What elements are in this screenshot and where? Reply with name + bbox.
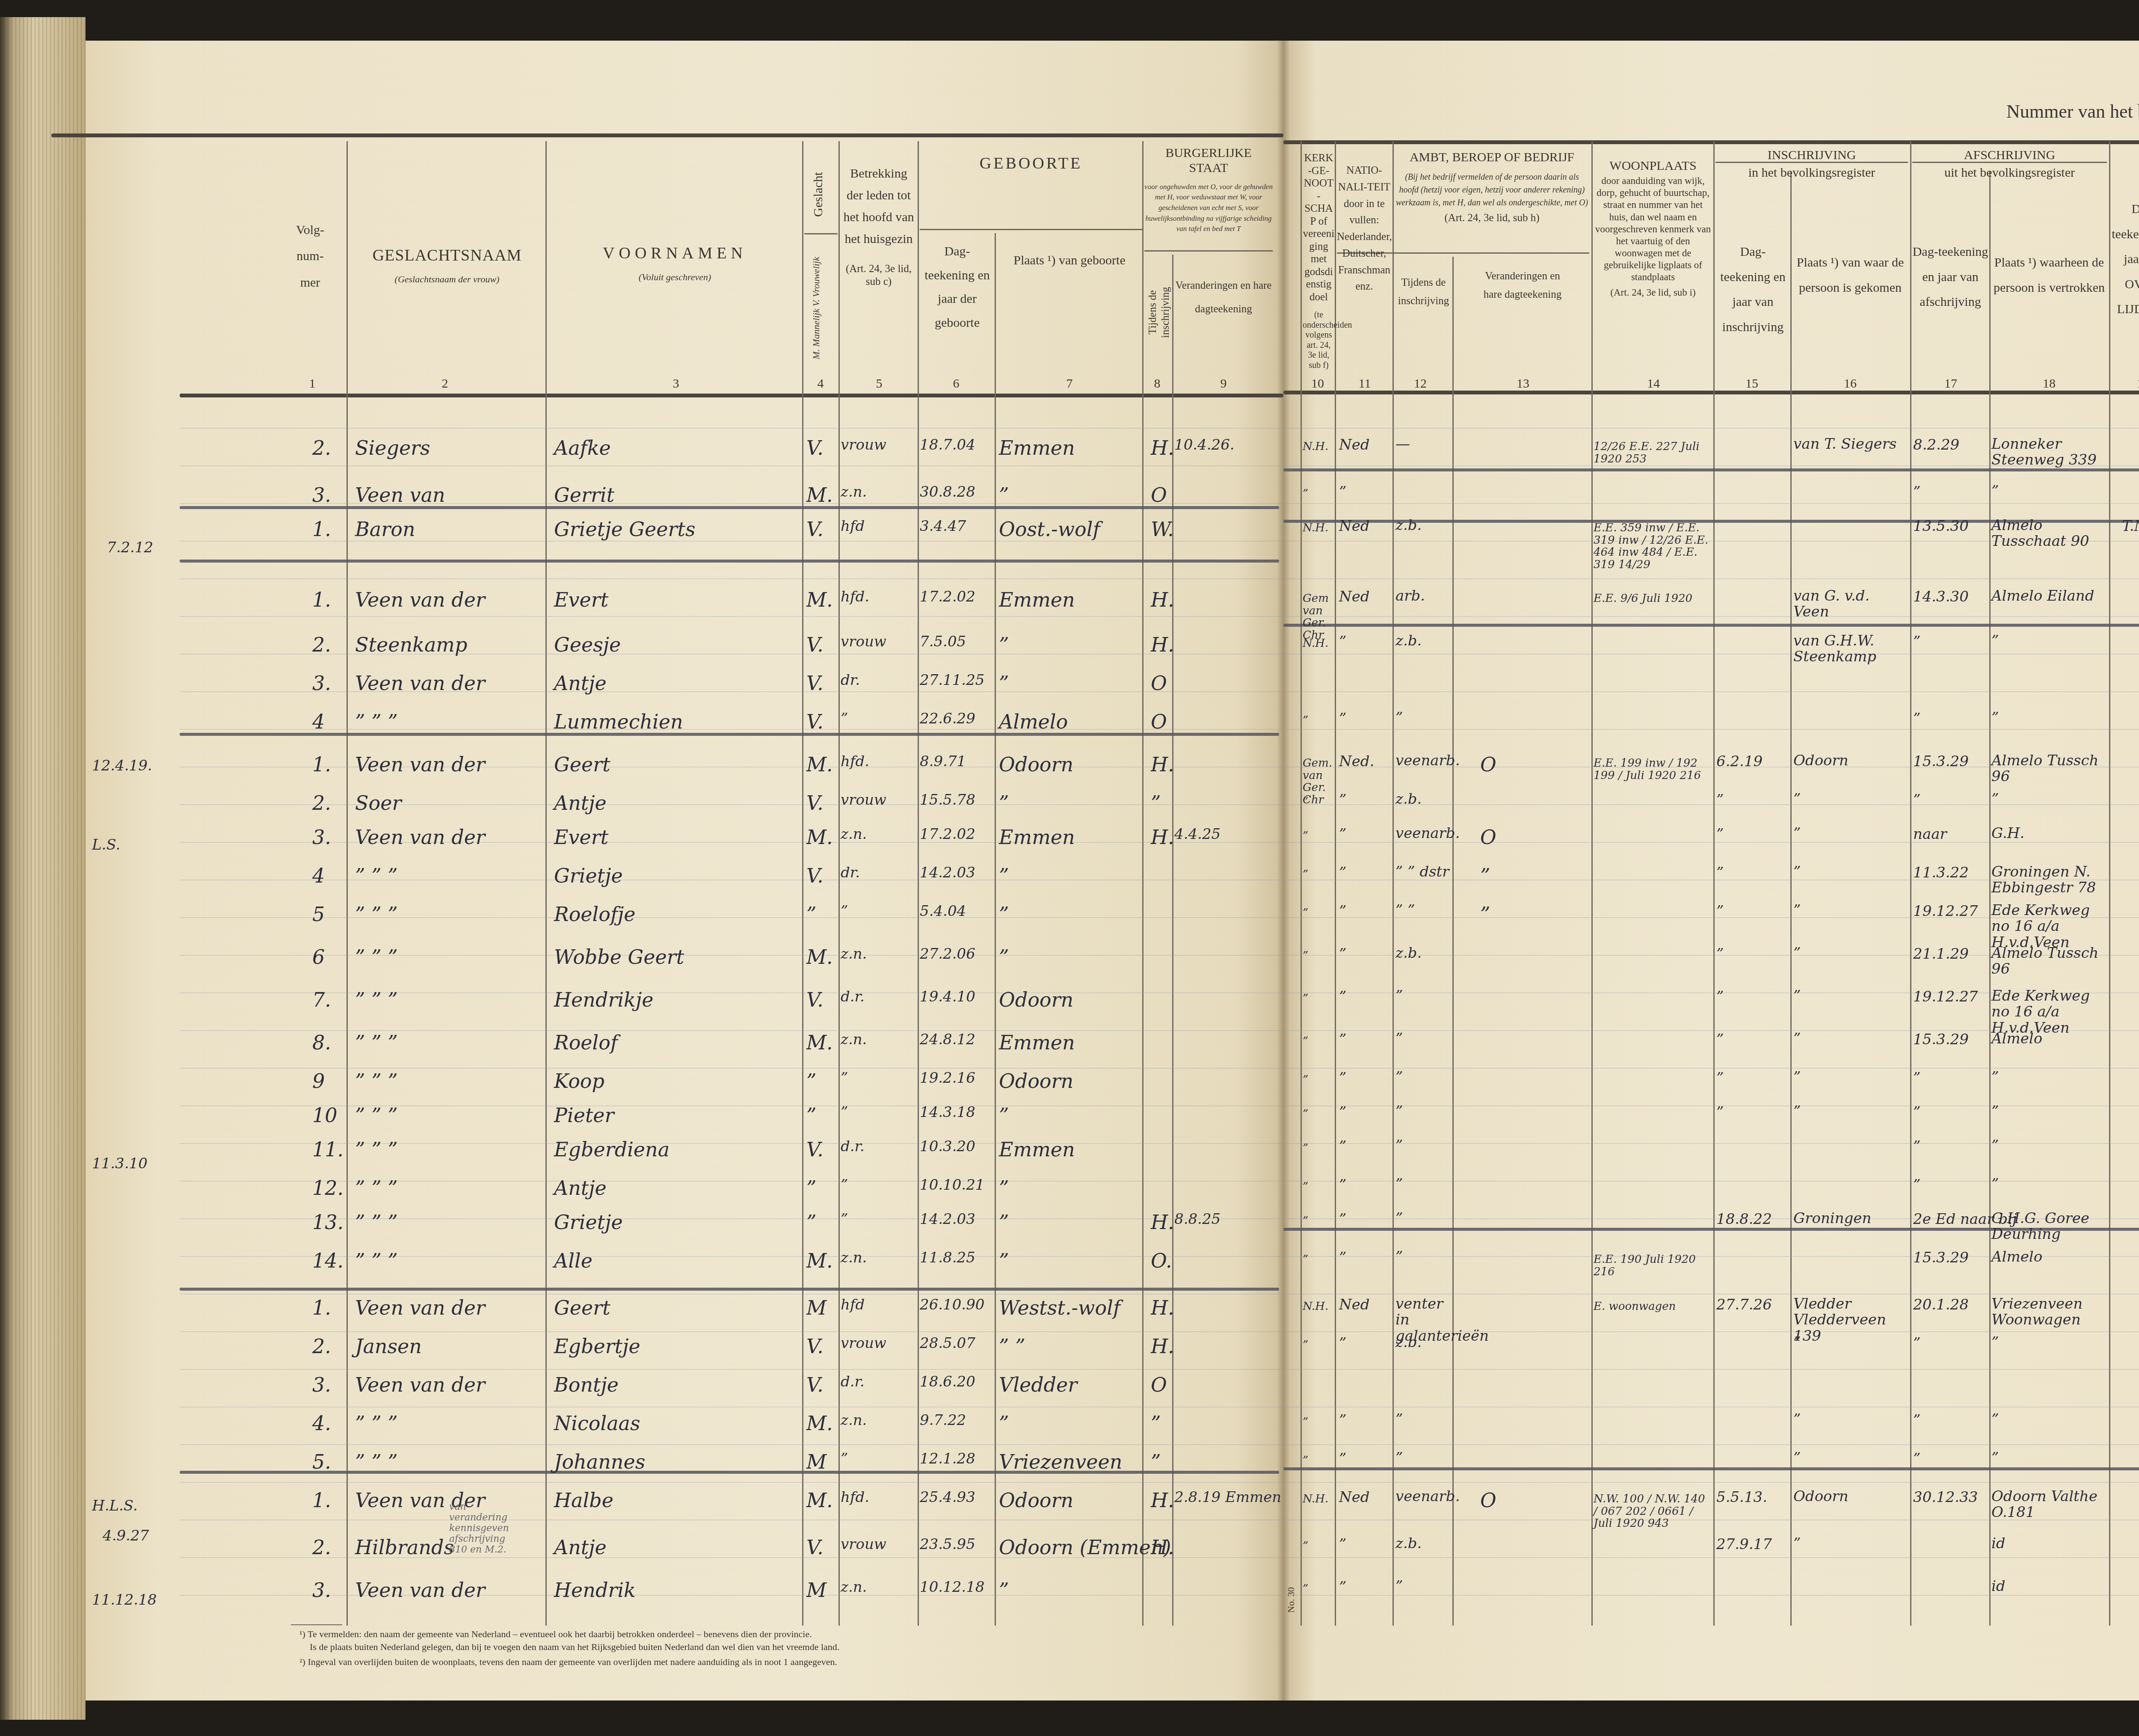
- cell-row-number: 2.: [312, 436, 331, 459]
- cell-civil-status: H.: [1151, 1296, 1174, 1319]
- cell-nationality: Ned: [1339, 1296, 1370, 1313]
- cell-deregistration-to: ”: [1991, 483, 2107, 499]
- cell-occupation-change: O: [1480, 1489, 1496, 1512]
- header-text: Dag-teekening en jaar der geboorte: [920, 240, 995, 335]
- cell-registration-date: 5.5.13.: [1716, 1489, 1767, 1506]
- cell-relation: z.n.: [841, 1249, 867, 1266]
- cell-birth-date: 23.5.95: [920, 1536, 975, 1553]
- cell-nationality: ”: [1339, 1335, 1346, 1352]
- header-col-geslacht-mv: M. Mannelijk V. Vrouwelijk: [811, 257, 822, 359]
- cell-nationality: ”: [1339, 1536, 1346, 1553]
- cell-occupation: arb.: [1395, 588, 1451, 604]
- cell-birth-place: ”: [999, 1176, 1009, 1200]
- cell-birth-date: 18.7.04: [920, 436, 975, 453]
- cell-address: N.W. 100 / N.W. 140 / 067 202 / 0661 / J…: [1594, 1493, 1709, 1530]
- cell-occupation: ”: [1395, 1412, 1451, 1428]
- cell-relation: vrouw: [841, 1335, 886, 1352]
- header-text: Tijdens de inschrijving: [1395, 274, 1452, 310]
- cell-registration-from: ”: [1793, 1031, 1909, 1047]
- cell-birth-date: 18.6.20: [920, 1373, 975, 1390]
- col-line: [545, 141, 547, 1626]
- cell-deregistration-date: 21.1.29: [1913, 945, 1969, 963]
- cell-relation: hfd: [841, 518, 865, 535]
- cell-church: ”: [1303, 1455, 1335, 1467]
- header-sub: (Geslachtsnaam der vrouw): [349, 274, 545, 285]
- cell-nationality: ”: [1339, 1138, 1346, 1155]
- col-line: [347, 141, 348, 1626]
- header-col-geboorte-plaats: Plaats ¹) van geboorte: [997, 248, 1142, 273]
- header-bottom-rule-right: [1283, 391, 2139, 394]
- margin-note: 7.2.12: [107, 539, 153, 556]
- faint-rule: [180, 1294, 2139, 1295]
- cell-surname: Veen van der: [355, 588, 485, 611]
- cell-sex: ”: [806, 1211, 817, 1234]
- cell-relation: z.n.: [841, 1412, 867, 1429]
- cell-registration-from: ”: [1793, 1450, 1909, 1466]
- cell-deregistration-date: 15.3.29: [1913, 753, 1969, 770]
- header-text: door aanduiding van wijk, dorp, gehucht …: [1594, 175, 1712, 283]
- cell-deregistration-to: Almelo Eiland: [1991, 588, 2107, 604]
- cell-relation: hfd.: [841, 753, 869, 770]
- header-title: AMBT, BEROEP OF BEDRIJF: [1395, 150, 1589, 165]
- col-line: [1172, 255, 1173, 1626]
- cell-deregistration-to: id: [1991, 1536, 2107, 1552]
- header-text: Plaats ¹) van waar de persoon is gekomen: [1792, 250, 1908, 300]
- cell-registration-from: ”: [1793, 1104, 1909, 1120]
- cell-surname: Veen van der: [355, 826, 485, 849]
- cell-civil-status: ”: [1151, 1450, 1161, 1473]
- cell-row-number: 13.: [312, 1211, 344, 1234]
- cell-deregistration-date: 13.5.30: [1913, 518, 1969, 535]
- column-number: 16: [1842, 376, 1859, 391]
- cell-church: ”: [1303, 1215, 1335, 1227]
- geboorte-sub-rule: [920, 229, 1142, 230]
- cell-deregistration-date: 14.3.30: [1913, 588, 1969, 605]
- cell-occupation-change: ”: [1480, 864, 1490, 887]
- cell-sex: V.: [806, 710, 824, 733]
- cell-occupation: ”: [1395, 1104, 1451, 1120]
- cell-surname: Baron: [355, 518, 415, 541]
- cell-church: ”: [1303, 714, 1335, 727]
- cell-first-names: Grietje Geerts: [554, 518, 696, 541]
- cell-relation: vrouw: [841, 436, 886, 453]
- cell-address: 12/26 E.E. 227 Juli 1920 253: [1594, 441, 1709, 465]
- cell-occupation: ”: [1395, 1450, 1451, 1466]
- col-line: [1392, 141, 1394, 1626]
- cell-deregistration-to: id: [1991, 1579, 2107, 1594]
- cell-registration-from: ”: [1793, 988, 1909, 1004]
- cell-relation: ”: [841, 1176, 848, 1194]
- cell-first-names: Antje: [554, 672, 607, 695]
- cell-civil-status: O: [1151, 672, 1167, 695]
- header-title: BURGERLIJKE STAAT: [1144, 145, 1273, 176]
- family-separator: [1283, 1467, 2139, 1470]
- cell-birth-place: Emmen: [999, 436, 1075, 459]
- cell-deregistration-date: ”: [1913, 483, 1920, 501]
- column-number: 4: [812, 376, 829, 391]
- cell-first-names: Geert: [554, 1296, 610, 1319]
- cell-church: N.H.: [1303, 441, 1335, 453]
- cell-sex: V.: [806, 1373, 824, 1396]
- header-inschrijving: INSCHRIJVING in het bevolkingsregister: [1715, 148, 1908, 181]
- cell-relation: ”: [841, 1104, 848, 1121]
- cell-occupation: ”: [1395, 1579, 1451, 1594]
- header-col-ambt-veranderingen: Veranderingen en hare dagteekening: [1455, 267, 1591, 304]
- col-line: [802, 141, 803, 1626]
- header-col-veranderingen: Veranderingen en hare dagteekening: [1174, 274, 1273, 321]
- cell-birth-date: 14.2.03: [920, 864, 975, 881]
- cell-registration-from: ”: [1793, 1412, 1909, 1428]
- cell-deregistration-date: ”: [1913, 1104, 1920, 1121]
- cell-relation: d.r.: [841, 1373, 865, 1390]
- cell-deregistration-date: ”: [1913, 791, 1920, 809]
- cell-deregistration-date: 19.12.27: [1913, 988, 1978, 1005]
- cell-first-names: Aafke: [554, 436, 611, 459]
- cell-relation: z.n.: [841, 945, 867, 963]
- cell-civil-status: ”: [1151, 791, 1161, 815]
- faint-rule: [180, 578, 2139, 579]
- cell-registration-from: Odoorn: [1793, 1489, 1909, 1505]
- cell-registration-from: ”: [1793, 864, 1909, 880]
- header-title: GESLACHTSNAAM: [349, 246, 545, 265]
- col-line: [1301, 141, 1302, 1626]
- column-number: 7: [1061, 376, 1078, 391]
- cell-civil-status: ”: [1151, 1412, 1161, 1435]
- cell-first-names: Lummechien: [554, 710, 683, 733]
- cell-row-number: 6: [312, 945, 325, 969]
- cell-deregistration-date: 15.3.29: [1913, 1031, 1969, 1048]
- cell-nationality: ”: [1339, 988, 1346, 1005]
- cell-sex: ”: [806, 1104, 817, 1127]
- cell-registration-date: ”: [1716, 1069, 1724, 1087]
- cell-birth-date: 28.5.07: [920, 1335, 975, 1352]
- cell-relation: ”: [841, 1211, 848, 1228]
- cell-birth-date: 7.5.05: [920, 633, 966, 650]
- cell-deregistration-to: Lonneker Steenweg 339: [1991, 436, 2107, 468]
- cell-birth-date: 30.8.28: [920, 483, 975, 501]
- cell-nationality: ”: [1339, 1579, 1346, 1596]
- header-col-woonplaats: WOONPLAATS door aanduiding van wijk, dor…: [1594, 158, 1712, 298]
- margin-note: 11.3.10: [92, 1155, 148, 1172]
- cell-occupation: ”: [1395, 1249, 1451, 1265]
- cell-surname: ” ” ”: [355, 1138, 398, 1161]
- cell-relation: ”: [841, 903, 848, 920]
- cell-occupation: ”: [1395, 710, 1451, 726]
- cell-birth-place: Odoorn: [999, 1069, 1073, 1093]
- cell-row-number: 2.: [312, 1335, 331, 1358]
- header-title: Geslacht: [811, 172, 825, 217]
- footnote-2: ²) Ingeval van overlijden buiten de woon…: [299, 1656, 1112, 1668]
- cell-first-names: Roelofje: [554, 903, 635, 926]
- column-number: 19: [2135, 376, 2139, 391]
- cell-deregistration-date: 20.1.28: [1913, 1296, 1969, 1313]
- cell-first-names: Grietje: [554, 1211, 623, 1234]
- footnote-rule: [291, 1624, 342, 1625]
- cell-church: ”: [1303, 830, 1335, 842]
- header-top-rule-right: [1283, 140, 2139, 144]
- header-burgerlijke-staat: BURGERLIJKE STAAT voor ongehuwden met O,…: [1144, 145, 1273, 234]
- sheet-number-label: Nummer van het blad: [2006, 101, 2139, 122]
- cell-first-names: Halbe: [554, 1489, 613, 1512]
- cell-birth-date: 15.5.78: [920, 791, 975, 809]
- margin-note: van verandering kennisgeven afschrijving…: [449, 1502, 526, 1555]
- cell-birth-date: 5.4.04: [920, 903, 966, 920]
- cell-registration-date: 27.7.26: [1716, 1296, 1772, 1313]
- cell-civil-status: H.: [1151, 753, 1174, 776]
- cell-civil-status: H.: [1151, 1335, 1174, 1358]
- cell-civil-status: H.: [1151, 1536, 1174, 1559]
- header-col-geslachtsnaam: GESLACHTSNAAM (Geslachtsnaam der vrouw): [349, 246, 545, 285]
- cell-sex: M.: [806, 1249, 833, 1272]
- cell-surname: ” ” ”: [355, 1104, 398, 1127]
- cell-church: ”: [1303, 1108, 1335, 1120]
- cell-sex: M.: [806, 945, 833, 969]
- cell-row-number: 11.: [312, 1138, 344, 1161]
- cell-surname: ” ” ”: [355, 1211, 398, 1234]
- cell-nationality: ”: [1339, 1031, 1346, 1048]
- cell-deregistration-to: Almelo: [1991, 1249, 2107, 1265]
- cell-surname: ” ” ”: [355, 864, 398, 887]
- cell-first-names: Nicolaas: [554, 1412, 640, 1435]
- column-number: 14: [1645, 376, 1662, 391]
- column-number: 12: [1412, 376, 1429, 391]
- header-text: Volg-: [274, 222, 347, 237]
- cell-civil-status: W.: [1151, 518, 1174, 541]
- cell-sex: V.: [806, 1138, 824, 1161]
- form-number-text: No. 30: [1286, 1587, 1296, 1613]
- cell-birth-place: Vledder: [999, 1373, 1077, 1396]
- header-col-inschrijving-plaats: Plaats ¹) van waar de persoon is gekomen: [1792, 250, 1908, 300]
- cell-sex: V.: [806, 672, 824, 695]
- cell-first-names: Egberdiena: [554, 1138, 670, 1161]
- cell-deregistration-date: 30.12.33: [1913, 1489, 1978, 1506]
- cell-birth-place: Emmen: [999, 1031, 1075, 1054]
- header-col-nationaliteit: NATIO-NALI-TEIT door in te vullen: Neder…: [1337, 163, 1392, 295]
- cell-church: Gem van Ger. Chr: [1303, 592, 1335, 641]
- cell-registration-date: ”: [1716, 1031, 1724, 1048]
- cell-birth-place: Emmen: [999, 588, 1075, 611]
- cell-row-number: 1.: [312, 1489, 331, 1512]
- header-col-betrekking: Betrekking der leden tot het hoofd van h…: [841, 163, 917, 288]
- cell-church: ”: [1303, 1339, 1335, 1351]
- header-sub: (Voluit geschreven): [548, 272, 802, 283]
- cell-civil-status: O: [1151, 1373, 1167, 1396]
- cell-row-number: 5: [312, 903, 325, 926]
- cell-surname: ” ” ”: [355, 1031, 398, 1054]
- cell-nationality: ”: [1339, 1211, 1346, 1228]
- column-number: 5: [871, 376, 888, 391]
- cell-surname: ” ” ”: [355, 1450, 398, 1473]
- header-col-voornamen: VOORNAMEN (Voluit geschreven): [548, 244, 802, 283]
- cell-first-names: Grietje: [554, 864, 623, 887]
- header-geboorte: GEBOORTE: [920, 154, 1142, 173]
- cell-birth-date: 19.4.10: [920, 988, 975, 1005]
- family-separator: [180, 733, 1279, 736]
- cell-registration-date: 27.9.17: [1716, 1536, 1772, 1553]
- cell-birth-date: 26.10.90: [920, 1296, 984, 1313]
- cell-deregistration-date: ”: [1913, 1176, 1920, 1194]
- cell-relation: z.n.: [841, 826, 867, 843]
- cell-surname: Veen van: [355, 483, 445, 507]
- cell-relation: hfd.: [841, 1489, 869, 1506]
- cell-birth-place: ”: [999, 1412, 1009, 1435]
- cell-deregistration-to: ”: [1991, 1412, 2107, 1428]
- cell-church: ”: [1303, 488, 1335, 500]
- cell-registration-from: ”: [1793, 945, 1909, 961]
- cell-sex: V.: [806, 791, 824, 815]
- cell-church: ”: [1303, 1583, 1335, 1595]
- cell-surname: Veen van der: [355, 1579, 485, 1602]
- cell-registration-from: Groningen: [1793, 1211, 1909, 1226]
- cell-church: ”: [1303, 868, 1335, 881]
- cell-civil-status: O: [1151, 483, 1167, 507]
- cell-birth-place: Vriezenveen: [999, 1450, 1122, 1473]
- header-title: VOORNAMEN: [548, 244, 802, 263]
- col-line: [1452, 257, 1454, 1626]
- cell-sex: M.: [806, 483, 833, 507]
- cell-first-names: Geert: [554, 753, 610, 776]
- cell-first-names: Koop: [554, 1069, 604, 1093]
- header-title: AFSCHRIJVING: [1912, 148, 2107, 163]
- header-title: WOONPLAATS: [1594, 158, 1712, 173]
- cell-address: E. woonwagen: [1594, 1301, 1709, 1313]
- cell-church: ”: [1303, 907, 1335, 919]
- margin-note: H.L.S.: [92, 1497, 138, 1514]
- cell-row-number: 3.: [312, 483, 331, 507]
- cell-first-names: Antje: [554, 1536, 607, 1559]
- cell-relation: d.r.: [841, 988, 865, 1005]
- cell-deregistration-date: 19.12.27: [1913, 903, 1978, 920]
- header-sub: (Art. 24, 3e lid, sub c): [841, 263, 917, 288]
- cell-church: N.H.: [1303, 1301, 1335, 1313]
- cell-church: N.H.: [1303, 1493, 1335, 1505]
- cell-deregistration-date: 8.2.29: [1913, 436, 1959, 453]
- cell-first-names: Pieter: [554, 1104, 614, 1127]
- cell-occupation: veenarb.: [1395, 753, 1451, 769]
- cell-deregistration-date: 11.3.22: [1913, 864, 1969, 881]
- header-text: Veranderingen en hare dagteekening: [1455, 267, 1591, 304]
- cell-row-number: 3.: [312, 1579, 331, 1602]
- cell-birth-date: 8.9.71: [920, 753, 966, 770]
- footnotes: ¹) Te vermelden: den naam der gemeente v…: [299, 1628, 1112, 1668]
- cell-first-names: Johannes: [554, 1450, 645, 1473]
- cell-row-number: 3.: [312, 826, 331, 849]
- faint-rule: [180, 1407, 2139, 1407]
- cell-occupation: ” ” dstr: [1395, 864, 1451, 880]
- header-sub: voor ongehuwden met O, voor de gehuwden …: [1144, 182, 1273, 234]
- header-sub: (Art. 24, 3e lid, sub i): [1594, 287, 1712, 298]
- cell-surname: ” ” ”: [355, 710, 398, 733]
- cell-church: ”: [1303, 1074, 1335, 1086]
- cell-occupation: z.b.: [1395, 1536, 1451, 1552]
- cell-registration-date: ”: [1716, 791, 1724, 809]
- cell-death-date: T.N.O.: [2122, 518, 2139, 535]
- cell-sex: V.: [806, 1536, 824, 1559]
- cell-surname: Siegers: [355, 436, 430, 459]
- cell-registration-from: ”: [1793, 791, 1909, 807]
- family-separator: [180, 1288, 1279, 1291]
- cell-first-names: Roelof: [554, 1031, 618, 1054]
- col-line: [1989, 171, 1991, 1626]
- header-col-volgnummer: Volg- num- mer: [274, 222, 347, 290]
- cell-deregistration-to: Almelo Tusschaat 90: [1991, 518, 2107, 550]
- cell-relation: z.n.: [841, 1579, 867, 1596]
- header-text: Plaats ¹) waarheen de persoon is vertrok…: [1991, 250, 2107, 300]
- margin-note: 4.9.27: [103, 1527, 149, 1544]
- header-title: GEBOORTE: [920, 154, 1142, 173]
- header-col-geboorte-datum: Dag-teekening en jaar der geboorte: [920, 240, 995, 335]
- cell-nationality: ”: [1339, 1412, 1346, 1429]
- cell-row-number: 5.: [312, 1450, 331, 1473]
- cell-deregistration-to: Almelo Tussch 96: [1991, 945, 2107, 978]
- cell-civil-status: O.: [1151, 1249, 1172, 1272]
- cell-row-number: 7.: [312, 988, 331, 1011]
- cell-deregistration-to: Almelo: [1991, 1031, 2107, 1047]
- cell-church: ”: [1303, 950, 1335, 962]
- cell-deregistration-to: Almelo Tussch 96: [1991, 753, 2107, 785]
- cell-relation: hfd: [841, 1296, 865, 1313]
- cell-birth-place: Odoorn: [999, 988, 1073, 1011]
- cell-nationality: Ned: [1339, 518, 1370, 535]
- header-sub: uit het bevolkingsregister: [1912, 165, 2107, 180]
- cell-sex: M.: [806, 753, 833, 776]
- header-col-tijdens-inschrijving: Tijdens de inschrijving: [1147, 274, 1172, 351]
- cell-registration-date: ”: [1716, 1104, 1724, 1121]
- cell-church: ”: [1303, 796, 1335, 808]
- cell-birth-place: ”: [999, 1104, 1009, 1127]
- cell-deregistration-to: ”: [1991, 710, 2107, 726]
- column-number: 1: [304, 376, 321, 391]
- cell-nationality: ”: [1339, 1450, 1346, 1467]
- cell-surname: ” ” ”: [355, 1412, 398, 1435]
- margin-note: L.S.: [92, 836, 120, 853]
- faint-rule: [180, 1143, 2139, 1144]
- cell-birth-place: ”: [999, 903, 1009, 926]
- cell-nationality: Ned.: [1339, 753, 1374, 770]
- margin-note: 11.12.18: [92, 1591, 157, 1609]
- cell-sex: V.: [806, 633, 824, 656]
- cell-first-names: Hendrikje: [554, 988, 653, 1011]
- col-line: [1713, 141, 1715, 1626]
- cell-birth-date: 11.8.25: [920, 1249, 975, 1266]
- cell-occupation: ” ”: [1395, 903, 1451, 918]
- cell-deregistration-to: ”: [1991, 1450, 2107, 1466]
- cell-birth-place: ”: [999, 864, 1009, 887]
- margin-note: 12.4.19.: [92, 757, 152, 774]
- cell-relation: ”: [841, 710, 848, 727]
- column-number: 17: [1942, 376, 1959, 391]
- cell-address: E.E. 199 inw / 192 199 / Juli 1920 216: [1594, 757, 1709, 782]
- header-col-afschrijving-datum: Dag-teekening en jaar van afschrijving: [1912, 240, 1988, 315]
- cell-civil-status: H.: [1151, 1489, 1174, 1512]
- cell-registration-date: ”: [1716, 903, 1724, 920]
- col-line: [995, 233, 996, 1626]
- cell-registration-from: ”: [1793, 1536, 1909, 1552]
- cell-row-number: 2.: [312, 633, 331, 656]
- header-sub: in het bevolkingsregister: [1715, 165, 1908, 180]
- header-col-kerkgenootschap: KERK-GE-NOOT-SCHAP of vereeniging met go…: [1303, 152, 1335, 371]
- cell-sex: ”: [806, 1176, 817, 1200]
- cell-surname: ” ” ”: [355, 945, 398, 969]
- cell-birth-date: 14.3.18: [920, 1104, 975, 1121]
- header-text: Dag-teekening en jaar van OVER-LIJDEN ²): [2111, 197, 2139, 322]
- cell-registration-date: 6.2.19: [1716, 753, 1763, 770]
- cell-nationality: ”: [1339, 826, 1346, 843]
- cell-registration-from: ”: [1793, 826, 1909, 841]
- cell-occupation: ”: [1395, 1031, 1451, 1047]
- cell-deregistration-date: ”: [1913, 633, 1920, 650]
- cell-nationality: ”: [1339, 791, 1346, 809]
